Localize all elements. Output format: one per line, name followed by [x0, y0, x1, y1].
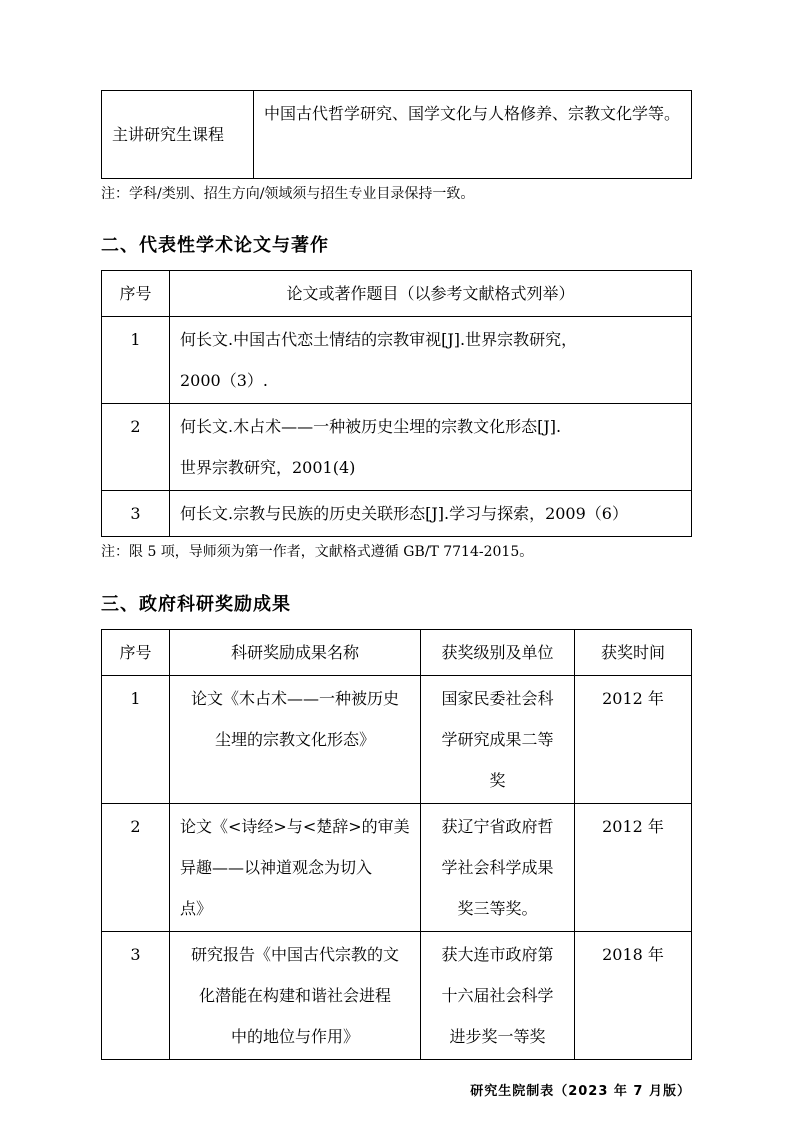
courses-value-cell: 中国古代哲学研究、国学文化与人格修养、宗教文化学等。 — [254, 91, 692, 179]
table-row: 1 何长文.中国古代恋土情结的宗教审视[J].世界宗教研究， 2000（3）. — [102, 317, 692, 404]
award-row-no: 2 — [102, 803, 170, 931]
publications-header-no: 序号 — [102, 271, 170, 317]
publication-row-no: 1 — [102, 317, 170, 404]
publications-table: 序号 论文或著作题目（以参考文献格式列举） 1 何长文.中国古代恋土情结的宗教审… — [101, 270, 692, 537]
table-header-row: 序号 科研奖励成果名称 获奖级别及单位 获奖时间 — [102, 629, 692, 675]
table-header-row: 序号 论文或著作题目（以参考文献格式列举） — [102, 271, 692, 317]
publication-row-no: 3 — [102, 491, 170, 537]
awards-section-title: 三、政府科研奖励成果 — [101, 590, 691, 616]
table-row: 2 何长文.木占术——一种被历史尘埋的宗教文化形态[J]. 世界宗教研究，200… — [102, 404, 692, 491]
courses-label-cell: 主讲研究生课程 — [102, 91, 254, 179]
awards-header-no: 序号 — [102, 629, 170, 675]
award-row-level: 获大连市政府第 十六届社会科学 进步奖一等奖 — [421, 931, 575, 1059]
courses-table: 主讲研究生课程 中国古代哲学研究、国学文化与人格修养、宗教文化学等。 — [101, 90, 692, 179]
document-page: 主讲研究生课程 中国古代哲学研究、国学文化与人格修养、宗教文化学等。 注：学科/… — [0, 0, 793, 1122]
awards-header-name: 科研奖励成果名称 — [170, 629, 421, 675]
publications-note: 注：限 5 项，导师须为第一作者，文献格式遵循 GB/T 7714-2015。 — [101, 542, 691, 562]
table-row: 主讲研究生课程 中国古代哲学研究、国学文化与人格修养、宗教文化学等。 — [102, 91, 692, 179]
award-row-no: 1 — [102, 675, 170, 803]
table-row: 2 论文《<诗经>与<楚辞>的审美 异趣——以神道观念为切入 点》 获辽宁省政府… — [102, 803, 692, 931]
award-row-time: 2012 年 — [575, 803, 692, 931]
award-row-no: 3 — [102, 931, 170, 1059]
award-row-time: 2012 年 — [575, 675, 692, 803]
award-row-name: 论文《<诗经>与<楚辞>的审美 异趣——以神道观念为切入 点》 — [170, 803, 421, 931]
publication-row-no: 2 — [102, 404, 170, 491]
publication-row-text: 何长文.中国古代恋土情结的宗教审视[J].世界宗教研究， 2000（3）. — [170, 317, 692, 404]
courses-note: 注：学科/类别、招生方向/领域须与招生专业目录保持一致。 — [101, 184, 691, 204]
publications-header-title: 论文或著作题目（以参考文献格式列举） — [170, 271, 692, 317]
award-row-level: 获辽宁省政府哲 学社会科学成果 奖三等奖。 — [421, 803, 575, 931]
awards-header-level: 获奖级别及单位 — [421, 629, 575, 675]
table-row: 1 论文《木占术——一种被历史 尘埋的宗教文化形态》 国家民委社会科 学研究成果… — [102, 675, 692, 803]
publications-section-title: 二、代表性学术论文与著作 — [101, 231, 691, 257]
award-row-level: 国家民委社会科 学研究成果二等 奖 — [421, 675, 575, 803]
table-row: 3 何长文.宗教与民族的历史关联形态[J].学习与探索，2009（6） — [102, 491, 692, 537]
table-row: 3 研究报告《中国古代宗教的文 化潜能在构建和谐社会进程 中的地位与作用》 获大… — [102, 931, 692, 1059]
award-row-name: 论文《木占术——一种被历史 尘埋的宗教文化形态》 — [170, 675, 421, 803]
awards-header-time: 获奖时间 — [575, 629, 692, 675]
page-footer: 研究生院制表（2023 年 7 月版） — [101, 1080, 691, 1099]
awards-table: 序号 科研奖励成果名称 获奖级别及单位 获奖时间 1 论文《木占术——一种被历史… — [101, 629, 692, 1060]
publication-row-text: 何长文.宗教与民族的历史关联形态[J].学习与探索，2009（6） — [170, 491, 692, 537]
award-row-name: 研究报告《中国古代宗教的文 化潜能在构建和谐社会进程 中的地位与作用》 — [170, 931, 421, 1059]
award-row-time: 2018 年 — [575, 931, 692, 1059]
publication-row-text: 何长文.木占术——一种被历史尘埋的宗教文化形态[J]. 世界宗教研究，2001(… — [170, 404, 692, 491]
